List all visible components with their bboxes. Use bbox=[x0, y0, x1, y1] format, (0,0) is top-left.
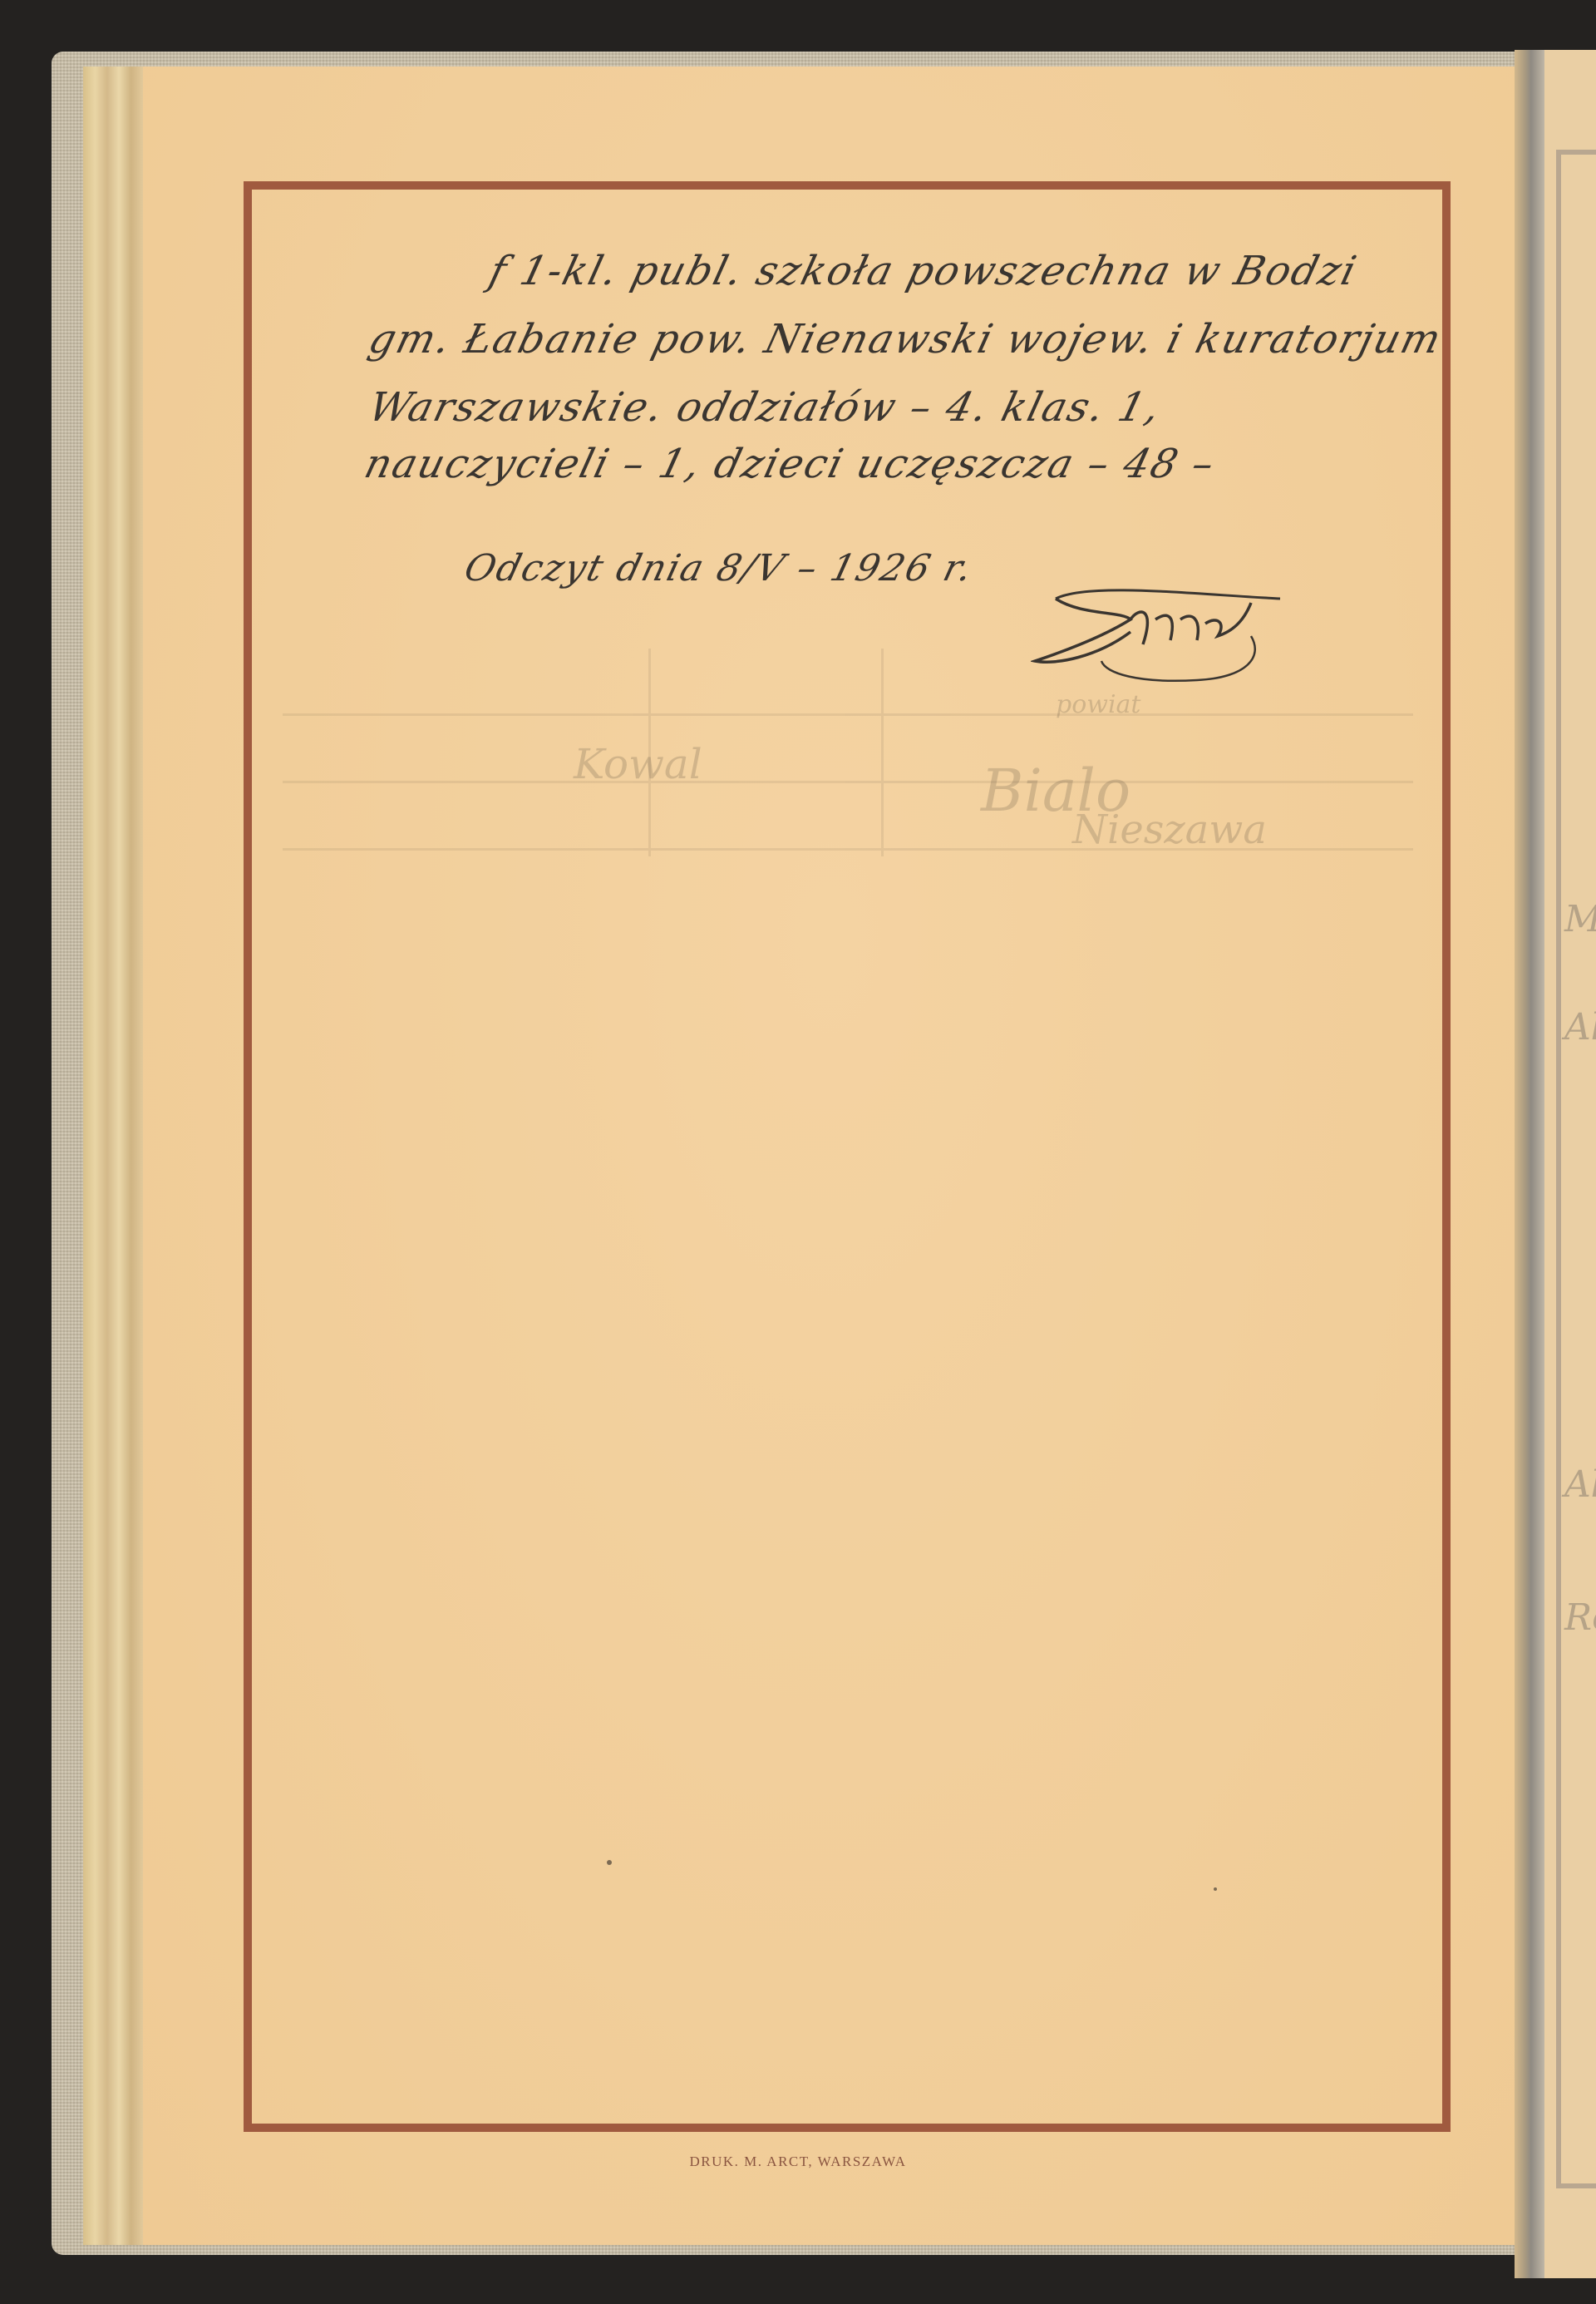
next-page-ghost-text: Alfr bbox=[1564, 1463, 1596, 1506]
signature-icon bbox=[1031, 582, 1288, 690]
show-through-text: Kowal bbox=[574, 740, 702, 788]
handwritten-line-4: nauczycieli – 1, dzieci uczęszcza – 48 – bbox=[360, 441, 1220, 487]
handwritten-date-line: Odczyt dnia 8/V – 1926 r. bbox=[461, 547, 978, 590]
ink-speck bbox=[607, 1860, 612, 1865]
handwritten-line-2: gm. Łabanie pow. Nienawski wojew. i kura… bbox=[364, 316, 1447, 363]
handwritten-line-1: f 1-kl. publ. szkoła powszechna w Bodzi bbox=[485, 248, 1362, 294]
next-page-ghost-text: Rob bbox=[1564, 1596, 1596, 1639]
handwritten-line-3: Warszawskie. oddziałów – 4. klas. 1, bbox=[364, 384, 1166, 431]
page-edges bbox=[83, 67, 143, 2245]
book-gutter bbox=[1515, 50, 1544, 2278]
next-page-edge: Marta Alma Alfr Rob bbox=[1544, 50, 1596, 2278]
show-through-text: powiat bbox=[1056, 690, 1140, 719]
show-through-text: Nieszawa bbox=[1072, 807, 1267, 853]
next-page-ghost-text: Marta bbox=[1564, 898, 1596, 940]
printer-imprint: DRUK. M. ARCT, WARSZAWA bbox=[0, 2154, 1596, 2170]
ink-speck bbox=[1214, 1887, 1217, 1891]
next-page-frame bbox=[1556, 150, 1596, 2188]
next-page-ghost-text: Alma bbox=[1564, 1006, 1596, 1048]
